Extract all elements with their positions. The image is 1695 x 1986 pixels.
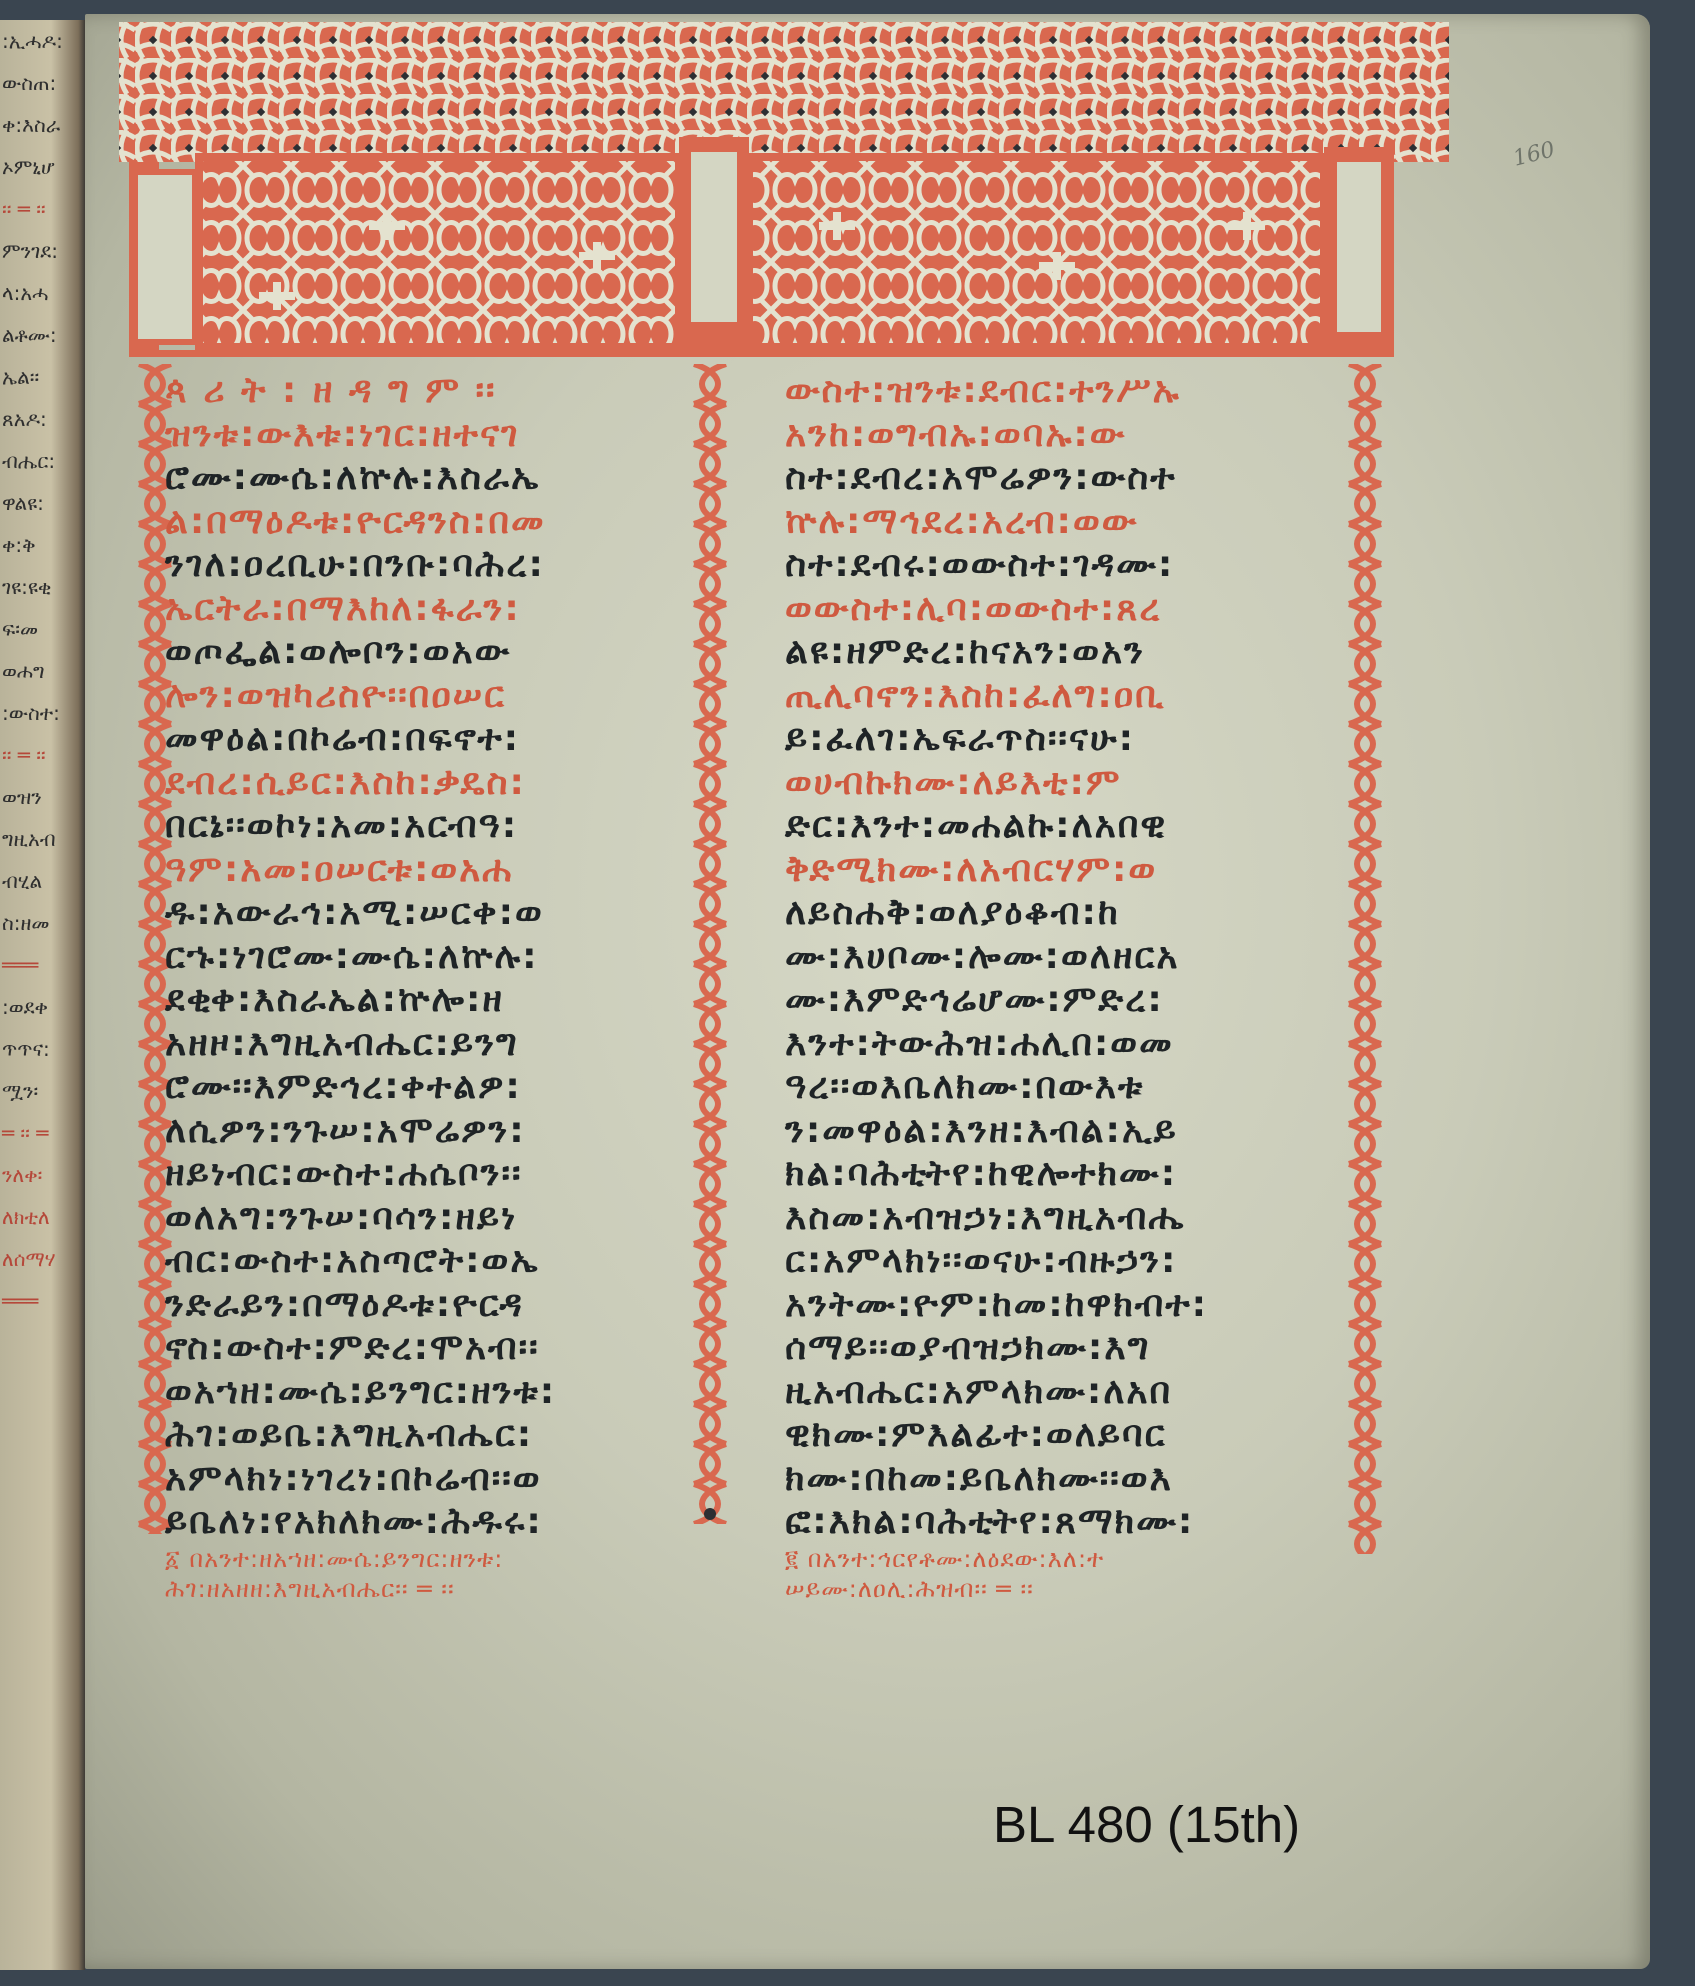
folio-number: 160 [1511, 137, 1558, 171]
margin-text-line: ═══ [2, 1280, 85, 1322]
margin-text-line: ላ:አሓ [2, 272, 85, 314]
margin-text-line: ═ ፡፡ ═ [2, 1112, 85, 1154]
text-line: ወለአግ:ንጉሠ:ባሳን:ዘይነ [165, 1196, 685, 1240]
rubric-line: ሕገ:ዘአዘዘ:እግዚአብሔር፡፡ ═ ፡፡ [165, 1574, 685, 1604]
text-line: ሙ:እምድኅሬሆሙ:ምድረ: [785, 978, 1345, 1022]
text-line: ደቂቀ:እስራኤል:ኵሎ:ዘ [165, 978, 685, 1022]
text-line: መዋዕል:በኮሬብ:በፍኖተ: [165, 717, 685, 761]
text-line: ዚአብሔር:አምላክሙ:ለአበ [785, 1370, 1345, 1414]
margin-text-line: ልቶሙ: [2, 314, 85, 356]
margin-text-line: ወሐግ [2, 650, 85, 692]
text-line: ሎን:ወዝካሪስዮ፡፡በዐሠር [165, 674, 685, 718]
margin-text-line: ገዩ:ዩቂ [2, 566, 85, 608]
margin-text-line: ጥጥና: [2, 1028, 85, 1070]
text-line: እንተ:ትውሕዝ:ሐሊበ:ወመ [785, 1022, 1345, 1066]
text-line: ኤርትራ:በማእከለ:ፋራን: [165, 587, 685, 631]
margin-text-line: ብሔር: [2, 440, 85, 482]
text-line: ድር:እንተ:መሐልኩ:ለአበዊ [785, 804, 1345, 848]
margin-text-line: :ወደቀ [2, 986, 85, 1028]
text-line: ዓረ፡፡ወእቤለክሙ:በውእቱ [785, 1065, 1345, 1109]
margin-text-line: ጸአዶ: [2, 398, 85, 440]
manuscript-spread: :ኢሓዶ:ውስጠ:ቀ:እስራኦምኒሆ፡፡ ═ ፡፡ምንገደ:ላ:አሓልቶሙ:ኤል… [0, 0, 1695, 1986]
text-line: ን:መዋዕል:እንዘ:እብል:ኢይ [785, 1109, 1345, 1153]
rubric-line: ፪ በአንተ:ኅርየቶሙ:ለዕደው:እለ:ተ [785, 1544, 1345, 1574]
left-text-column: ጳ ሪ ት : ዘ ዳ ግ ም ፡፡ዝንቱ:ውእቱ:ነገር:ዘተናገሮሙ:ሙሴ:… [165, 369, 685, 1604]
text-line: ውስተ:ዝንቱ:ደብር:ተንሥኡ [785, 369, 1345, 413]
margin-text-line: ኦምኒሆ [2, 146, 85, 188]
text-line: ኵሉ:ማኅደረ:አረብ:ወው [785, 500, 1345, 544]
interlace-headpiece-ornament [99, 22, 1449, 357]
text-line: እስመ:አብዝኃነ:እግዚአብሔ [785, 1196, 1345, 1240]
right-braid-border [1345, 364, 1385, 1554]
margin-text-line: ፡፡ ═ ፡፡ [2, 188, 85, 230]
text-line: ክሙ:በከመ:ይቤለክሙ፡፡ወእ [785, 1457, 1345, 1501]
text-line: ሮሙ፡፡እምድኅረ:ቀተልዎ: [165, 1065, 685, 1109]
text-line: ጢሊባኖን:እስከ:ፈለግ:ዐቢ [785, 674, 1345, 718]
text-line: ወአኀዘ:ሙሴ:ይንግር:ዘንቱ: [165, 1370, 685, 1414]
margin-text-line: ሟን፡ [2, 1070, 85, 1112]
text-line: ክል:ባሕቲትየ:ከዊሎተክሙ: [785, 1152, 1345, 1196]
manuscript-caption: BL 480 (15th) [993, 1795, 1300, 1854]
previous-page-margin: :ኢሓዶ:ውስጠ:ቀ:እስራኦምኒሆ፡፡ ═ ፡፡ምንገደ:ላ:አሓልቶሙ:ኤል… [0, 20, 85, 1970]
text-line: ለሲዎን:ንጉሠ:አሞሬዎን: [165, 1109, 685, 1153]
text-line: ቅድሚክሙ:ለአብርሃም:ወ [785, 848, 1345, 892]
margin-text-line: ንለቀ፡ [2, 1154, 85, 1196]
text-line: ዊክሙ:ምእልፊተ:ወለይባር [785, 1413, 1345, 1457]
right-text-column: ውስተ:ዝንቱ:ደብር:ተንሥኡአንከ:ወግብኡ:ወባኡ:ውስተ:ደብረ:አሞሬ… [785, 369, 1345, 1604]
margin-text-line: ═══ [2, 944, 85, 986]
text-line: አንከ:ወግብኡ:ወባኡ:ው [785, 413, 1345, 457]
text-line: ወሀብኩክሙ:ለይእቲ:ም [785, 761, 1345, 805]
text-line: ንድራይን:በማዕዶቱ:ዮርዳ [165, 1283, 685, 1327]
margin-text-line: ዋልዩ: [2, 482, 85, 524]
text-line: ወጦፌል:ወሎቦን:ወአው [165, 630, 685, 674]
margin-text-line: :ውስተ: [2, 692, 85, 734]
text-line: ሙ:እሀቦሙ:ሎሙ:ወለዘርአ [785, 935, 1345, 979]
margin-text-line: ወዝን [2, 776, 85, 818]
text-line: ልዩ:ዘምድረ:ከናአን:ወአን [785, 630, 1345, 674]
text-line: አንትሙ:ዮም:ከመ:ከዋክብተ: [785, 1283, 1345, 1327]
text-line: ሮሙ:ሙሴ:ለኵሉ:እስራኤ [165, 456, 685, 500]
margin-text-line: ስ:ዘመ [2, 902, 85, 944]
text-line: ሰማይ፡፡ወያብዝኃክሙ:እግ [785, 1326, 1345, 1370]
margin-text-line: ፡፡ ═ ፡፡ [2, 734, 85, 776]
text-line: ለይስሐቅ:ወለያዕቆብ:ከ [785, 891, 1345, 935]
text-line: ንገለ:ዐረቢሁ:በንቡ:ባሕረ: [165, 543, 685, 587]
text-line: ዱ:አውራኅ:አሚ:ሠርቀ:ወ [165, 891, 685, 935]
margin-text-line: ፍ፡መ [2, 608, 85, 650]
previous-page-lines: :ኢሓዶ:ውስጠ:ቀ:እስራኦምኒሆ፡፡ ═ ፡፡ምንገደ:ላ:አሓልቶሙ:ኤል… [0, 20, 85, 1322]
margin-text-line: ብሂል [2, 860, 85, 902]
margin-text-line: ውስጠ: [2, 62, 85, 104]
text-line: ይ:ፈለገ:ኤፍራጥስ፡፡ናሁ: [785, 717, 1345, 761]
text-line: ዝንቱ:ውእቱ:ነገር:ዘተናገ [165, 413, 685, 457]
text-line: ብር:ውስተ:አስጣሮት:ወኤ [165, 1239, 685, 1283]
text-line: ዓም:አመ:ዐሠርቱ:ወአሐ [165, 848, 685, 892]
margin-text-line: ኤል፡፡ [2, 356, 85, 398]
text-line: ስተ:ደብረ:አሞሬዎን:ውስተ [785, 456, 1345, 500]
text-line: ደብረ:ሲይር:እስከ:ቃዴስ: [165, 761, 685, 805]
text-line: ወውስተ:ሊባ:ወውስተ:ጸረ [785, 587, 1345, 631]
rubric-line: ሠይሙ:ለዐሊ:ሕዝብ፡፡ ═ ፡፡ [785, 1574, 1345, 1604]
margin-text-line: ቀ:ቅ [2, 524, 85, 566]
text-line: አምላክነ:ነገረነ:በኮሬብ፡፡ወ [165, 1457, 685, 1501]
text-line: ፎ:እክል:ባሕቲትየ:ጸማክሙ: [785, 1500, 1345, 1544]
text-line: ር:አምላክነ፡፡ወናሁ:ብዙኃን: [785, 1239, 1345, 1283]
text-line: ሕገ:ወይቤ:እግዚአብሔር: [165, 1413, 685, 1457]
text-line: በርኔ፡፡ወኮነ:አመ:አርብዓ: [165, 804, 685, 848]
margin-text-line: ግዚአብ [2, 818, 85, 860]
margin-text-line: ለሰማሃ [2, 1238, 85, 1280]
margin-text-line: ምንገደ: [2, 230, 85, 272]
margin-text-line: ቀ:እስራ [2, 104, 85, 146]
text-line: ኖስ:ውስተ:ምድረ:ሞአብ፡፡ [165, 1326, 685, 1370]
text-line: ይቤለነ:የአክለክሙ:ሕዱሩ: [165, 1500, 685, 1544]
manuscript-page: 160 [85, 14, 1650, 1969]
margin-text-line: ለክቲለ [2, 1196, 85, 1238]
text-line: ል:በማዕዶቱ:ዮርዳንስ:በመ [165, 500, 685, 544]
margin-text-line: :ኢሓዶ: [2, 20, 85, 62]
rubric-line: ፩ በአንተ:ዘአኀዘ:ሙሴ:ይንግር:ዘንቱ: [165, 1544, 685, 1574]
center-braid-column [690, 364, 730, 1524]
text-line: አዘዞ:እግዚአብሔር:ይንግ [165, 1022, 685, 1066]
text-line: ጳ ሪ ት : ዘ ዳ ግ ም ፡፡ [165, 369, 685, 413]
text-line: ዘይነብር:ውስተ:ሐሴቦን፡፡ [165, 1152, 685, 1196]
text-line: ርኁ:ነገሮሙ:ሙሴ:ለኵሉ: [165, 935, 685, 979]
text-line: ስተ:ደብሩ:ወውስተ:ገዳሙ: [785, 543, 1345, 587]
